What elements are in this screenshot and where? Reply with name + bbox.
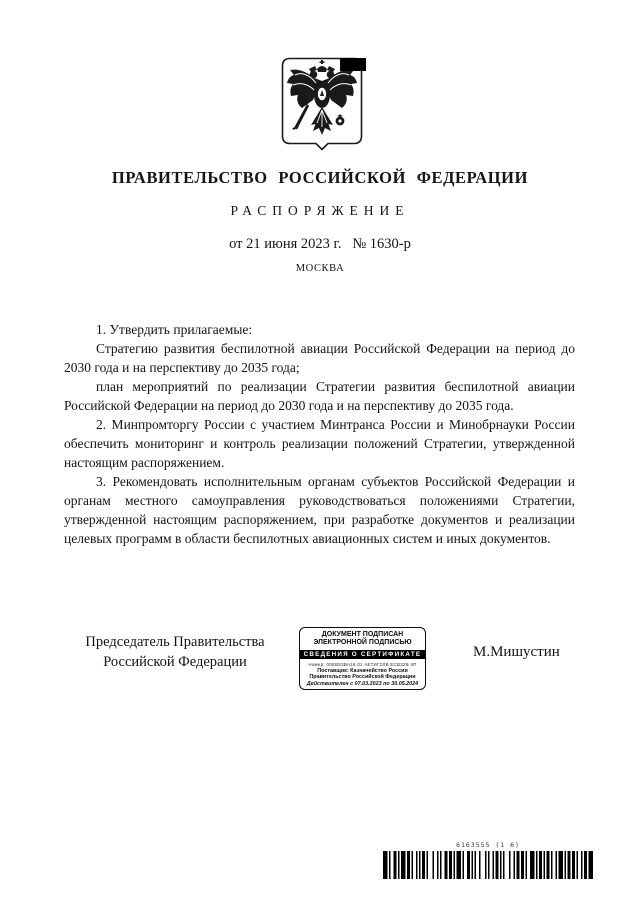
stamp-certificate-bar: СВЕДЕНИЯ О СЕРТИФИКАТЕ ЭП xyxy=(300,650,425,659)
coat-of-arms-icon xyxy=(281,57,363,151)
paragraph-5: 3. Рекомендовать исполнительным органам … xyxy=(64,472,575,548)
scan-artifact xyxy=(340,58,366,71)
barcode-bars xyxy=(383,851,593,879)
stamp-title-line2: ЭЛЕКТРОННОЙ ПОДПИСЬЮ xyxy=(300,639,425,647)
document-body: 1. Утвердить прилагаемые: Стратегию разв… xyxy=(64,320,575,548)
city-label: МОСКВА xyxy=(0,263,640,274)
stamp-certificate-number: Номер: 00ЕВ5ЗВА18 01 АЕ7ИГ2ЛВ ЕСВ32В 4П xyxy=(300,661,425,668)
date-number-line: от 21 июня 2023 г. № 1630-р xyxy=(0,236,640,253)
paragraph-3: план мероприятий по реализации Стратегии… xyxy=(64,377,575,415)
document-page: ПРАВИТЕЛЬСТВО РОССИЙСКОЙ ФЕДЕРАЦИИ РАСПО… xyxy=(0,0,640,905)
signatory-post-line1: Председатель Правительства xyxy=(75,633,275,653)
barcode xyxy=(383,851,593,879)
stamp-title-line1: ДОКУМЕНТ ПОДПИСАН xyxy=(300,631,425,639)
stamp-validity: Действителен с 07.03.2023 по 30.05.2024 xyxy=(300,681,425,688)
electronic-signature-stamp: ДОКУМЕНТ ПОДПИСАН ЭЛЕКТРОННОЙ ПОДПИСЬЮ С… xyxy=(299,627,426,690)
barcode-number: 6163555 (1 6) xyxy=(383,841,593,849)
paragraph-4: 2. Минпромторгу России с участием Минтра… xyxy=(64,415,575,472)
coat-of-arms xyxy=(281,57,367,151)
signatory-name: М.Мишустин xyxy=(473,644,560,661)
signatory-post: Председатель Правительства Российской Фе… xyxy=(75,633,275,672)
doc-type-title: РАСПОРЯЖЕНИЕ xyxy=(0,203,640,219)
signatory-post-line2: Российской Федерации xyxy=(75,653,275,673)
paragraph-2: Стратегию развития беспилотной авиации Р… xyxy=(64,339,575,377)
org-title: ПРАВИТЕЛЬСТВО РОССИЙСКОЙ ФЕДЕРАЦИИ xyxy=(0,168,640,188)
paragraph-1: 1. Утвердить прилагаемые: xyxy=(64,320,575,339)
